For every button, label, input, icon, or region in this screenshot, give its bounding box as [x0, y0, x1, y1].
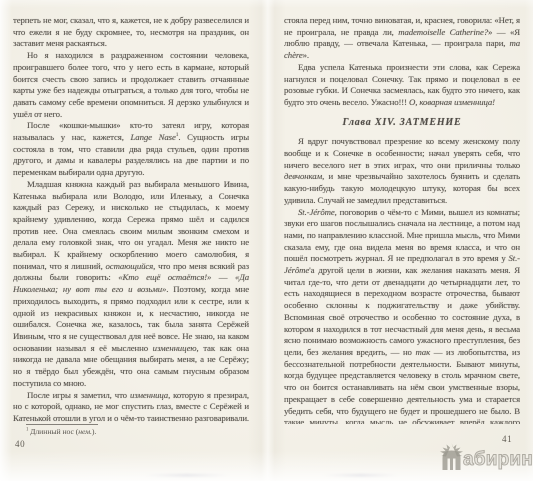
paragraph: После «кошки-мышки» кто-то затеял игру, …: [13, 120, 249, 179]
text-run: 'а другой цели в жизни, как желания нака…: [284, 265, 520, 357]
text-run: нем.: [78, 427, 92, 436]
text-run: так: [415, 347, 430, 357]
page-left-body-text: терпеть не мог, сказал, что я, кажется, …: [13, 15, 249, 426]
paragraph: Но я находился в раздраженном состоянии …: [13, 50, 249, 120]
paragraph: Едва успела Катенька произнести эти слов…: [284, 62, 520, 109]
footnote-text: 1 Длинный нос (нем.).: [13, 427, 249, 437]
text-run: ».: [303, 50, 309, 60]
book-bottom-edge-shadow-left: [143, 474, 231, 477]
text-run: Я вдруг почувствовал презрение ко всему …: [284, 136, 520, 169]
book-bottom-edge-shadow-right: [322, 474, 400, 477]
text-run: Lange Nase: [131, 132, 176, 142]
text-run: —: [211, 272, 235, 282]
page-right-text-bottom: Я вдруг почувствовал презрение ко всему …: [284, 136, 520, 424]
text-run: ).: [92, 427, 96, 436]
paragraph: После игры я заметил, что изменница, кот…: [13, 390, 249, 427]
text-run: — из любопытства, из бессознательной пот…: [284, 347, 520, 424]
labirint-watermark-text: абиринт: [463, 450, 533, 470]
paragraph: стояла перед ним, точно виноватая, и, кр…: [284, 15, 520, 62]
page-gutter: [248, 0, 286, 481]
text-run: остающийся: [106, 261, 154, 271]
text-run: После игры я заметил, что: [27, 390, 130, 400]
labirint-logo-icon: [439, 443, 464, 470]
footnote: 1 Длинный нос (нем.).: [13, 424, 249, 437]
text-run: mademoiselle Catherine?: [398, 27, 488, 37]
text-run: Младшая княжна каждый раз выбирала меньш…: [13, 179, 249, 271]
page-right: стояла перед ним, точно виноватая, и, кр…: [284, 15, 520, 424]
paragraph: Младшая княжна каждый раз выбирала меньш…: [13, 179, 249, 390]
text-run: девчонкам: [284, 171, 322, 181]
text-run: «Кто ещё остаётся!»: [118, 272, 211, 282]
text-run: St.-Jérôme: [298, 207, 335, 217]
text-run: изменница: [130, 390, 168, 400]
paragraph: терпеть не мог, сказал, что я, кажется, …: [13, 15, 249, 50]
book-scan-photo: { "colors": { "paper": "#f2efe6", "ink":…: [0, 0, 533, 481]
page-number-left: 40: [15, 439, 25, 449]
paragraph: St.-Jérôme, поговорив о чём-то с Мими, в…: [284, 207, 520, 424]
text-run: Но я находился в раздраженном состоянии …: [13, 50, 249, 119]
chapter-heading: Глава XIV. ЗАТМЕНИЕ: [284, 117, 520, 129]
page-left: терпеть не мог, сказал, что я, кажется, …: [13, 15, 249, 426]
labirint-watermark: абиринт: [439, 443, 533, 470]
paragraph: Я вдруг почувствовал презрение ко всему …: [284, 136, 520, 206]
text-run: Длинный нос (: [28, 427, 78, 436]
text-run: О, коварная изменница!: [409, 97, 495, 107]
text-run: изменницею: [153, 343, 197, 353]
page-right-text-top: стояла перед ним, точно виноватая, и, кр…: [284, 15, 520, 109]
text-run: терпеть не мог, сказал, что я, кажется, …: [13, 15, 249, 48]
footnote-rule: [26, 424, 98, 425]
